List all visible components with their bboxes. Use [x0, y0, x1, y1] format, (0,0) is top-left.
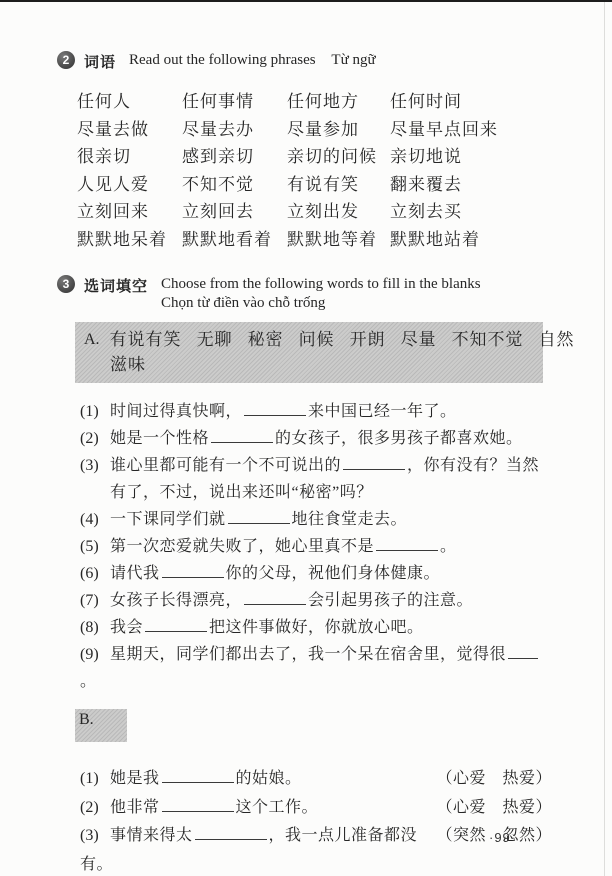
sentence-left: (2)他非常这个工作。 — [80, 794, 318, 823]
sentence-text: 你的父母，祝他们身体健康。 — [226, 565, 441, 582]
sentence-text: 星期天，同学们都出去了，我一个呆在宿舍里，觉得很 — [110, 646, 506, 663]
fill-blank — [244, 402, 306, 416]
sentence-text: 地往食堂走去。 — [292, 511, 408, 528]
sentence-text: 这个工作。 — [236, 799, 319, 816]
fill-blank — [228, 510, 290, 524]
section3-header: 3 选词填空 Choose from the following words t… — [57, 274, 555, 313]
sentence-text: 我会 — [110, 619, 143, 636]
part-b-label: B. — [79, 711, 94, 728]
phrase: 尽量去做 — [77, 116, 182, 144]
section2-header: 2 词语 Read out the following phrases Từ n… — [57, 50, 555, 72]
phrase: 默默地站着 — [390, 226, 555, 254]
sentence-number: (2) — [80, 794, 110, 823]
section3-instruction-en: Choose from the following words to fill … — [161, 275, 481, 294]
phrase: 默默地看着 — [182, 226, 287, 254]
bank-word: 不知不觉 — [452, 327, 524, 352]
word-bank-a-line2: 滋味 — [84, 352, 534, 377]
word-choices: （心爱 热爱） — [436, 794, 552, 823]
phrase: 翻来覆去 — [390, 171, 555, 199]
sentence-left: (1)她是我的姑娘。 — [80, 765, 302, 794]
fill-blank — [508, 645, 538, 659]
section2-instruction: Read out the following phrases Từ ngữ — [129, 51, 376, 70]
phrase-row: 人见人爱 不知不觉 有说有笑 翻来覆去 — [77, 171, 555, 199]
phrase: 立刻回去 — [182, 198, 287, 226]
scan-right-edge — [604, 2, 605, 876]
sentence-text: 。 — [440, 538, 457, 555]
section3-title: 选词填空 — [84, 275, 148, 296]
sentence-item: (5)第一次恋爱就失败了，她心里真不是。 — [80, 533, 552, 560]
sentence-number: (8) — [80, 614, 110, 641]
sentence-number: (6) — [80, 560, 110, 587]
fill-blank — [145, 618, 207, 632]
sentence-item: (7)女孩子长得漂亮，会引起男孩子的注意。 — [80, 587, 552, 614]
sentence-item: (1)时间过得真快啊，来中国已经一年了。 — [80, 398, 552, 425]
bank-word: 尽量 — [401, 327, 437, 352]
phrase: 尽量早点回来 — [390, 116, 555, 144]
sentence-item: (1)她是我的姑娘。 （心爱 热爱） — [80, 765, 552, 794]
fill-blank — [162, 798, 234, 812]
page-content: 2 词语 Read out the following phrases Từ n… — [57, 50, 555, 876]
word-choices: （心爱 热爱） — [436, 765, 552, 794]
section3-instruction-vi: Chọn từ điền vào chỗ trống — [161, 294, 481, 313]
sentence-text: 请代我 — [110, 565, 160, 582]
phrase: 任何人 — [77, 88, 182, 116]
phrase: 默默地等着 — [287, 226, 390, 254]
phrase-row: 立刻回来 立刻回去 立刻出发 立刻去买 — [77, 198, 555, 226]
sentence-text: 事情来得太 — [110, 827, 193, 844]
sentence-text: 把这件事做好，你就放心吧。 — [209, 619, 424, 636]
phrase-row: 尽量去做 尽量去办 尽量参加 尽量早点回来 — [77, 116, 555, 144]
fill-blank — [376, 537, 438, 551]
sentence-item: (3)事情来得太，我一点儿准备都没有。 （突然 忽然） — [80, 822, 552, 876]
bank-word: 开朗 — [350, 327, 386, 352]
sentence-item: (2)他非常这个工作。 （心爱 热爱） — [80, 794, 552, 823]
fill-blank — [211, 429, 273, 443]
sentence-text: 。 — [80, 673, 97, 690]
fill-blank — [162, 564, 224, 578]
sentence-number: (1) — [80, 765, 110, 794]
section3-instruction: Choose from the following words to fill … — [161, 275, 481, 313]
part-b-label-box: B. — [75, 709, 127, 742]
sentence-text: ，你有没有？当然 — [407, 457, 539, 474]
sentence-text: 会引起男孩子的注意。 — [308, 592, 473, 609]
scan-top-edge — [0, 0, 612, 2]
sentence-item: (6)请代我你的父母，祝他们身体健康。 — [80, 560, 552, 587]
part-a-label: A. — [84, 327, 100, 352]
bank-word: 无聊 — [197, 327, 233, 352]
sentence-number: (9) — [80, 641, 110, 668]
sentence-number: (3) — [80, 452, 110, 479]
sentence-text: 她是我 — [110, 770, 160, 787]
section3-number-badge: 3 — [57, 275, 75, 293]
bank-word: 有说有笑 — [110, 327, 182, 352]
bank-word: 问候 — [299, 327, 335, 352]
phrase: 立刻出发 — [287, 198, 390, 226]
bank-word: 滋味 — [110, 355, 146, 374]
part-a-sentences: (1)时间过得真快啊，来中国已经一年了。 (2)她是一个性格的女孩子，很多男孩子… — [80, 398, 552, 695]
sentence-number: (3) — [80, 822, 110, 851]
sentence-text: 谁心里都可能有一个不可说出的 — [110, 457, 341, 474]
sentence-text: 他非常 — [110, 799, 160, 816]
part-b-sentences: (1)她是我的姑娘。 （心爱 热爱） (2)他非常这个工作。 （心爱 热爱） (… — [80, 765, 552, 876]
section2-number-badge: 2 — [57, 51, 75, 69]
phrase: 默默地呆着 — [77, 226, 182, 254]
textbook-page: 2 词语 Read out the following phrases Từ n… — [0, 0, 612, 876]
phrase-row: 很亲切 感到亲切 亲切的问候 亲切地说 — [77, 143, 555, 171]
phrase: 立刻回来 — [77, 198, 182, 226]
sentence-text: 来中国已经一年了。 — [308, 403, 457, 420]
section2-instruction-vi: Từ ngữ — [331, 52, 375, 68]
sentence-text: 她是一个性格 — [110, 430, 209, 447]
sentence-text: 时间过得真快啊， — [110, 403, 242, 420]
sentence-text: 一下课同学们就 — [110, 511, 226, 528]
sentence-text: 的女孩子，很多男孩子都喜欢她。 — [275, 430, 523, 447]
bank-word: 自然 — [539, 327, 575, 352]
phrase: 人见人爱 — [77, 171, 182, 199]
phrase-table: 任何人 任何事情 任何地方 任何时间 尽量去做 尽量去办 尽量参加 尽量早点回来… — [77, 88, 555, 253]
phrase: 任何事情 — [182, 88, 287, 116]
section2-instruction-en: Read out the following phrases — [129, 52, 316, 68]
phrase: 不知不觉 — [182, 171, 287, 199]
sentence-number: (5) — [80, 533, 110, 560]
page-number: ·99· — [489, 830, 516, 845]
sentence-item: (2)她是一个性格的女孩子，很多男孩子都喜欢她。 — [80, 425, 552, 452]
sentence-number: (2) — [80, 425, 110, 452]
word-bank-a-line1: A. 有说有笑 无聊 秘密 问候 开朗 尽量 不知不觉 自然 — [84, 327, 534, 352]
sentence-number: (1) — [80, 398, 110, 425]
phrase-row: 任何人 任何事情 任何地方 任何时间 — [77, 88, 555, 116]
sentence-text: 第一次恋爱就失败了，她心里真不是 — [110, 538, 374, 555]
phrase: 很亲切 — [77, 143, 182, 171]
sentence-text: 女孩子长得漂亮， — [110, 592, 242, 609]
sentence-text: 的姑娘。 — [236, 770, 302, 787]
sentence-left: (3)事情来得太，我一点儿准备都没有。 — [80, 822, 436, 876]
phrase: 任何地方 — [287, 88, 390, 116]
phrase: 任何时间 — [390, 88, 555, 116]
fill-blank — [162, 769, 234, 783]
section2-title: 词语 — [84, 51, 116, 72]
fill-blank — [343, 456, 405, 470]
phrase: 亲切地说 — [390, 143, 555, 171]
phrase: 尽量去办 — [182, 116, 287, 144]
bank-word: 秘密 — [248, 327, 284, 352]
sentence-item: (8)我会把这件事做好，你就放心吧。 — [80, 614, 552, 641]
word-bank-a: A. 有说有笑 无聊 秘密 问候 开朗 尽量 不知不觉 自然 滋味 — [75, 322, 543, 383]
sentence-number: (7) — [80, 587, 110, 614]
phrase: 感到亲切 — [182, 143, 287, 171]
sentence-item: (4)一下课同学们就地往食堂走去。 — [80, 506, 552, 533]
sentence-item: (3)谁心里都可能有一个不可说出的，你有没有？当然 有了，不过，说出来还叫“秘密… — [80, 452, 552, 506]
fill-blank — [244, 591, 306, 605]
sentence-text-line2: 有了，不过，说出来还叫“秘密”吗？ — [80, 479, 552, 506]
phrase: 亲切的问候 — [287, 143, 390, 171]
sentence-number: (4) — [80, 506, 110, 533]
phrase-row: 默默地呆着 默默地看着 默默地等着 默默地站着 — [77, 226, 555, 254]
phrase: 有说有笑 — [287, 171, 390, 199]
sentence-item: (9)星期天，同学们都出去了，我一个呆在宿舍里，觉得很。 — [80, 641, 552, 695]
phrase: 立刻去买 — [390, 198, 555, 226]
phrase: 尽量参加 — [287, 116, 390, 144]
fill-blank — [195, 826, 267, 840]
